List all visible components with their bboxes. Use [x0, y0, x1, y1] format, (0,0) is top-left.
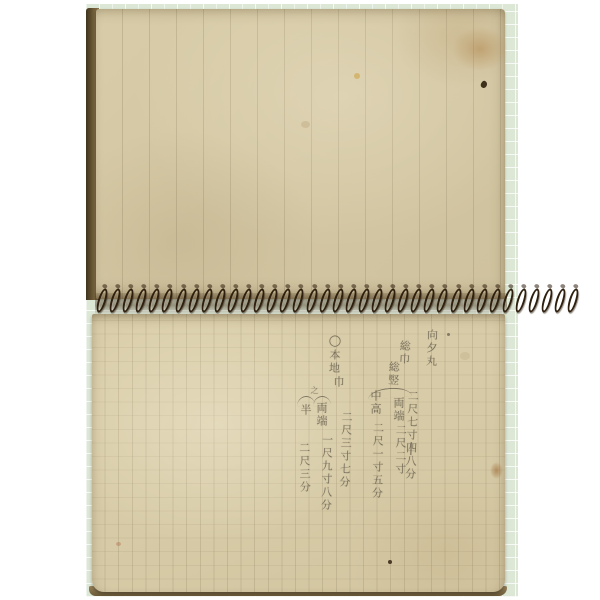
notebook-bottom-page: 向夕丸 総巾 総竪 二尺七寸四八分 両端 二尺二寸 中高 二尺一寸五分 ◯本地 … — [92, 314, 505, 592]
dark-fleck — [480, 80, 489, 89]
dark-dot — [388, 560, 392, 564]
pencil-dot — [447, 333, 450, 336]
handwritten-middle-height-value: 二尺一寸五分 — [371, 422, 383, 500]
handwritten-label-both-ends: 両端 — [393, 397, 404, 423]
handwritten-half-value: 二尺三分 — [299, 442, 311, 494]
handwritten-both-ends-value: 二尺二寸 — [395, 424, 407, 476]
handwritten-both-ends-value: 一尺九寸八分 — [320, 434, 332, 512]
handwritten-label-width: 巾 — [333, 376, 344, 389]
brown-stain — [452, 27, 508, 71]
photo-of-notebook: 向夕丸 総巾 総竪 二尺七寸四八分 両端 二尺二寸 中高 二尺一寸五分 ◯本地 … — [0, 0, 600, 600]
handwritten-label-middle-height: 中高 — [370, 390, 381, 416]
handwritten-main-width-value: 二尺三寸七分 — [339, 411, 353, 489]
handwritten-small-mark: 之 — [310, 386, 318, 395]
brown-spot — [490, 462, 503, 479]
red-fleck — [116, 542, 121, 546]
handwritten-label-both-ends: 両端 — [316, 402, 327, 428]
handwritten-label-half: 半 — [300, 404, 311, 417]
spiral-binding — [98, 284, 506, 316]
notebook-top-page — [96, 9, 505, 299]
faint-smudge — [460, 352, 470, 360]
faint-smudge — [301, 121, 310, 128]
handwritten-boat-name: 向夕丸 — [425, 329, 437, 368]
handwritten-label-main-cloth: ◯本地 — [328, 334, 340, 375]
yellow-spot — [354, 73, 360, 79]
handwritten-label-total-height: 総竪 — [387, 361, 399, 388]
